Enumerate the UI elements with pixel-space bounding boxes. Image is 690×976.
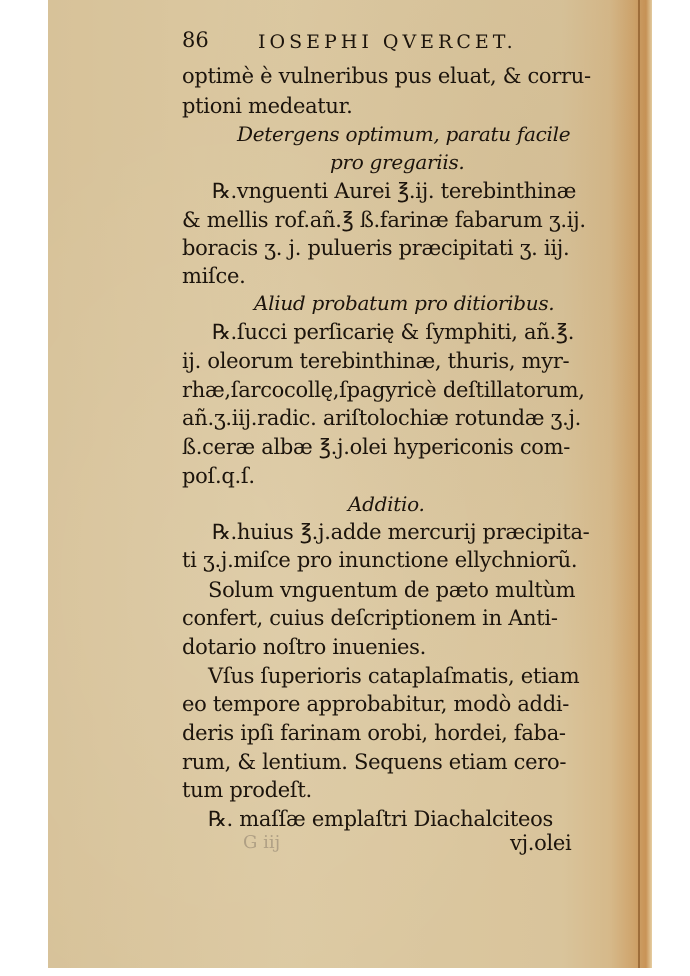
text-line: Solum vnguentum de pæto multùm bbox=[208, 580, 575, 601]
recipe-heading: Detergens optimum, paratu facile bbox=[237, 124, 570, 144]
page-number: 86 bbox=[182, 30, 209, 51]
text-line: boracis ʒ. j. pulueris præcipitati ʒ. ii… bbox=[182, 238, 569, 259]
bleed-through-signature: G iij bbox=[243, 832, 280, 853]
text-line: ij. oleorum terebinthinæ, thuris, myr- bbox=[182, 351, 569, 372]
text-line: ß.ceræ albæ ℥.j.olei hypericonis com- bbox=[182, 437, 570, 458]
text-line: deris ipſi farinam orobi, hordei, faba- bbox=[182, 723, 566, 744]
text-line: tum prodeſt. bbox=[182, 780, 312, 801]
text-line: añ.ʒ.iij.radic. ariſtolochiæ rotundæ ʒ.j… bbox=[182, 408, 581, 429]
text-line: miſce. bbox=[182, 266, 245, 287]
text-line: & mellis rof.añ.℥ ß.farinæ fabarum ʒ.ij. bbox=[182, 210, 586, 231]
text-line: confert, cuius deſcriptionem in Anti- bbox=[182, 608, 558, 629]
text-line: rum, & lentium. Sequens etiam cero- bbox=[182, 752, 566, 773]
text-line: ptioni medeatur. bbox=[182, 96, 352, 117]
recipe-heading: Aliud probatum pro ditioribus. bbox=[254, 293, 554, 313]
recipe-heading: pro gregariis. bbox=[330, 152, 464, 172]
text-line: poſ.q.ſ. bbox=[182, 466, 255, 487]
text-line: rhæ,ſarcocollę,ſpagyricè deſtillatorum, bbox=[182, 380, 585, 401]
text-line: ℞.ſucci perſicarię & ſymphiti, añ.℥. bbox=[212, 322, 574, 343]
running-title: IOSEPHI QVERCET. bbox=[258, 33, 517, 52]
text-line: ti ʒ.j.miſce pro inunctione ellychniorũ. bbox=[182, 550, 577, 571]
text-line: eo tempore approbabitur, modò addi- bbox=[182, 694, 569, 715]
text-line: Vſus ſuperioris cataplaſmatis, etiam bbox=[208, 666, 579, 687]
catchword: vj.olei bbox=[510, 833, 571, 854]
text-line: dotario noſtro inuenies. bbox=[182, 637, 426, 658]
text-line: ℞. maſſæ emplaſtri Diachalciteos bbox=[208, 809, 553, 830]
section-heading: Additio. bbox=[348, 494, 425, 514]
text-line: optimè è vulneribus pus eluat, & corru- bbox=[182, 66, 591, 87]
text-line: ℞.huius ℥.j.adde mercurij præcipita- bbox=[212, 522, 589, 543]
text-line: ℞.vnguenti Aurei ℥.ij. terebinthinæ bbox=[212, 181, 576, 202]
